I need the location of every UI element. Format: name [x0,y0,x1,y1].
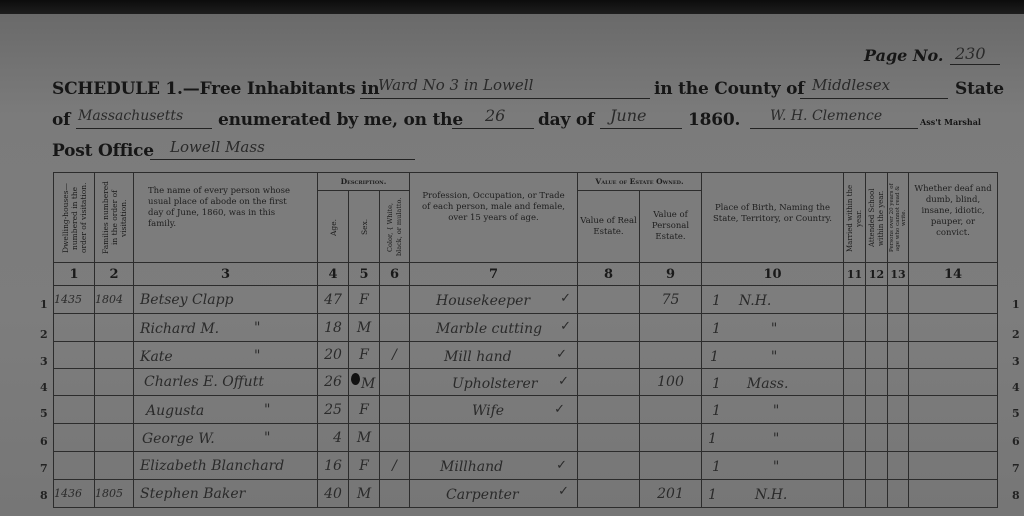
occupation-cell: Mill hand✓ [410,342,578,369]
col-header-color: Color, { White, black, or mulatto. [380,191,410,263]
personal-estate-value: 100 [640,369,702,396]
page-number-underline [950,64,1000,65]
county-label: in the County of [654,79,804,99]
real-estate-value [578,286,640,314]
check-mark: ✓ [560,319,571,334]
county-field: Middlesex [812,76,890,94]
dwelling-number [54,342,95,369]
person-name: Richard M. [134,321,219,337]
color [380,369,410,396]
post-office-underline [150,159,415,160]
family-number [95,396,134,424]
age: 47 [318,286,349,314]
birthplace: N.H. [721,293,771,309]
person-name: Betsey Clapp [134,286,318,314]
age: 18 [318,314,349,342]
table-row: Elizabeth Blanchard 16 F / Millhand✓ 1" [54,452,998,480]
birthplace: " [721,403,779,419]
personal-estate-value [640,314,702,342]
table-row: Charles E. Offutt 26 M Upholsterer✓ 100 … [54,369,998,396]
sex-cell: M [349,369,380,396]
place-underline [360,98,650,99]
married-cell [844,396,866,424]
personal-estate-value: 75 [640,286,702,314]
col-header-disability: Whether deaf and dumb, blind, insane, id… [909,173,998,263]
table-row: 1436 1805 Stephen Baker 40 M Carpenter✓ … [54,480,998,508]
ditto-mark: " [264,402,270,418]
schedule-title: SCHEDULE 1.—Free Inhabitants in [52,79,379,99]
family-number: 1804 [95,286,134,314]
col-header-illiterate: Persons over 20 years of age who cannot … [888,173,909,263]
sex: M [349,480,380,508]
birthplace-cell: 1N.H. [702,286,844,314]
check-mark: ✓ [560,291,571,306]
sex: F [349,452,380,480]
dwelling-number: 1435 [54,286,95,314]
birthplace: " [717,431,779,447]
school-cell [866,342,888,369]
marshal-name-field: W. H. Clemence [770,108,882,124]
ditto-mark: " [254,348,260,364]
personal-estate-value [640,396,702,424]
school-cell [866,424,888,452]
col-header-birthplace: Place of Birth, Naming the State, Territ… [702,173,844,263]
table-row: Augusta" 25 F Wife✓ 1" [54,396,998,424]
occupation: Housekeeper [410,293,530,309]
birth-tally: 1 [702,459,721,475]
color [380,286,410,314]
col-header-married: Married within the year. [844,173,866,263]
person-name: Kate [134,349,173,365]
dwelling-number [54,396,95,424]
birthplace-cell: 1" [702,314,844,342]
occupation-cell: Marble cutting✓ [410,314,578,342]
birthplace: " [721,321,777,337]
illiterate-cell [888,452,909,480]
enumerated-label: enumerated by me, on the [218,110,463,130]
occupation: Marble cutting [410,321,542,337]
line-number: 2 [40,328,48,341]
column-number: 2 [95,263,134,286]
real-estate-value [578,424,640,452]
disability-cell [909,424,998,452]
occupation: Upholsterer [410,376,537,392]
ditto-mark: " [254,320,260,336]
column-number: 8 [578,263,640,286]
column-number: 1 [54,263,95,286]
table-row: 1435 1804 Betsey Clapp 47 F Housekeeper✓… [54,286,998,314]
real-estate-value [578,480,640,508]
sex: M [349,424,380,452]
age: 40 [318,480,349,508]
line-number: 7 [40,462,48,475]
occupation-cell: Carpenter✓ [410,480,578,508]
post-office-label: Post Office [52,141,154,161]
personal-estate-value [640,424,702,452]
month-underline [600,128,682,129]
table-row: Kate" 20 F / Mill hand✓ 1" [54,342,998,369]
year-label: 1860. [688,110,740,130]
occupation-cell: Wife✓ [410,396,578,424]
birthplace-cell: 1Mass. [702,369,844,396]
family-number [95,424,134,452]
line-number: 5 [40,407,48,420]
color [380,396,410,424]
person-name-cell: George W." [134,424,318,452]
line-number: 2 [1012,328,1020,341]
real-estate-value [578,342,640,369]
line-number: 8 [1012,489,1020,502]
occupation-cell [410,424,578,452]
school-cell [866,286,888,314]
person-name-cell: Kate" [134,342,318,369]
disability-cell [909,369,998,396]
column-number: 12 [866,263,888,286]
line-number: 1 [40,298,48,311]
occupation-cell: Housekeeper✓ [410,286,578,314]
illiterate-cell [888,396,909,424]
person-name: Stephen Baker [134,480,318,508]
col-header-sex: Sex. [349,191,380,263]
page-number-value: 230 [955,44,986,63]
check-mark: ✓ [558,374,569,389]
person-name-cell: Augusta" [134,396,318,424]
birth-tally: 1 [702,321,721,337]
sex: F [349,286,380,314]
col-header-estate: Value of Estate Owned. [578,173,702,191]
line-number: 3 [40,355,48,368]
column-number: 4 [318,263,349,286]
of-label: of [52,110,70,130]
line-number: 4 [1012,381,1020,394]
line-number: 6 [40,435,48,448]
age: 16 [318,452,349,480]
disability-cell [909,396,998,424]
birth-tally: 1 [702,376,721,392]
color: / [380,452,410,480]
school-cell [866,452,888,480]
birthplace-cell: 1" [702,342,844,369]
line-number: 7 [1012,462,1020,475]
line-number: 5 [1012,407,1020,420]
family-number [95,452,134,480]
occupation: Millhand [410,459,503,475]
sex: F [349,396,380,424]
married-cell [844,424,866,452]
line-number: 3 [1012,355,1020,368]
col-header-description: Description. [318,173,410,191]
marshal-label: Ass't Marshal [920,117,981,127]
state-field: Massachusetts [78,108,183,124]
married-cell [844,342,866,369]
age: 20 [318,342,349,369]
ink-blot [351,373,360,385]
real-estate-value [578,452,640,480]
county-underline [800,98,948,99]
check-mark: ✓ [556,458,567,473]
birthplace: Mass. [721,376,789,392]
school-cell [866,480,888,508]
disability-cell [909,342,998,369]
line-number: 4 [40,381,48,394]
illiterate-cell [888,480,909,508]
illiterate-cell [888,342,909,369]
dwelling-number [54,314,95,342]
color [380,480,410,508]
disability-cell [909,286,998,314]
person-name: Augusta [134,403,204,419]
column-number: 9 [640,263,702,286]
dwelling-number [54,452,95,480]
school-cell [866,314,888,342]
column-number: 10 [702,263,844,286]
check-mark: ✓ [558,484,569,499]
state-label: State [955,79,1004,99]
real-estate-value [578,369,640,396]
personal-estate-value [640,452,702,480]
column-number: 14 [909,263,998,286]
line-number: 8 [40,489,48,502]
real-estate-value [578,396,640,424]
day-of-label: day of [538,110,594,130]
age: 26 [318,369,349,396]
line-number: 6 [1012,435,1020,448]
col-header-personal-estate: Value of Personal Estate. [640,191,702,263]
family-number [95,342,134,369]
place-field: Ward No 3 in Lowell [378,76,533,94]
page-number-label: Page No. [864,46,944,65]
birthplace: " [721,459,779,475]
check-mark: ✓ [554,402,565,417]
col-header-real-estate: Value of Real Estate. [578,191,640,263]
school-cell [866,396,888,424]
post-office-field: Lowell Mass [170,138,265,156]
sex: F [349,342,380,369]
birth-tally: 1 [702,487,717,503]
col-header-family: Families numbered in the order of visita… [95,173,134,263]
day-field: 26 [485,106,505,125]
age: 4 [318,424,349,452]
married-cell [844,286,866,314]
family-number [95,369,134,396]
dwelling-number [54,424,95,452]
occupation: Wife [410,403,504,419]
birth-tally: 1 [702,403,721,419]
personal-estate-value [640,342,702,369]
married-cell [844,314,866,342]
column-number: 5 [349,263,380,286]
illiterate-cell [888,314,909,342]
table-row: Richard M." 18 M Marble cutting✓ 1" [54,314,998,342]
birth-tally: 1 [702,349,719,365]
birthplace-cell: 1" [702,452,844,480]
birthplace-cell: 1N.H. [702,480,844,508]
column-number-row: 1 2 3 4 5 6 7 8 9 10 11 12 13 14 [54,263,998,286]
column-number: 6 [380,263,410,286]
column-number: 3 [134,263,318,286]
person-name: Elizabeth Blanchard [134,452,318,480]
check-mark: ✓ [556,347,567,362]
family-number [95,314,134,342]
col-header-dwelling: Dwelling-houses—numbered in the order of… [54,173,95,263]
color [380,424,410,452]
person-name: Charles E. Offutt [134,369,318,396]
occupation: Mill hand [410,349,512,365]
header-row-top: Dwelling-houses—numbered in the order of… [54,173,998,191]
census-table: Dwelling-houses—numbered in the order of… [53,172,998,508]
day-underline [452,128,534,129]
personal-estate-value: 201 [640,480,702,508]
illiterate-cell [888,369,909,396]
color: / [380,342,410,369]
column-number: 7 [410,263,578,286]
column-number: 13 [888,263,909,286]
col-header-age: Age. [318,191,349,263]
person-name-cell: Richard M." [134,314,318,342]
family-number: 1805 [95,480,134,508]
line-number: 1 [1012,298,1020,311]
column-number: 11 [844,263,866,286]
occupation-cell: Millhand✓ [410,452,578,480]
color [380,314,410,342]
ditto-mark: " [264,430,270,446]
col-header-school: Attended School within the year. [866,173,888,263]
school-cell [866,369,888,396]
table-row: George W." 4 M 1" [54,424,998,452]
dwelling-number [54,369,95,396]
illiterate-cell [888,286,909,314]
person-name: George W. [134,431,215,447]
disability-cell [909,452,998,480]
col-header-occupation: Profession, Occupation, or Trade of each… [410,173,578,263]
married-cell [844,452,866,480]
dwelling-number: 1436 [54,480,95,508]
birth-tally: 1 [702,431,717,447]
state-underline [76,128,212,129]
birthplace-cell: 1" [702,396,844,424]
disability-cell [909,314,998,342]
age: 25 [318,396,349,424]
month-field: June [610,106,647,125]
disability-cell [909,480,998,508]
real-estate-value [578,314,640,342]
occupation: Carpenter [410,487,519,503]
married-cell [844,369,866,396]
col-header-name: The name of every person whose usual pla… [134,173,318,263]
illiterate-cell [888,424,909,452]
marshal-underline [750,128,918,129]
occupation-cell: Upholsterer✓ [410,369,578,396]
sex: M [349,314,380,342]
birthplace-cell: 1" [702,424,844,452]
birthplace: " [719,349,777,365]
birthplace: N.H. [717,487,787,503]
birth-tally: 1 [702,293,721,309]
married-cell [844,480,866,508]
